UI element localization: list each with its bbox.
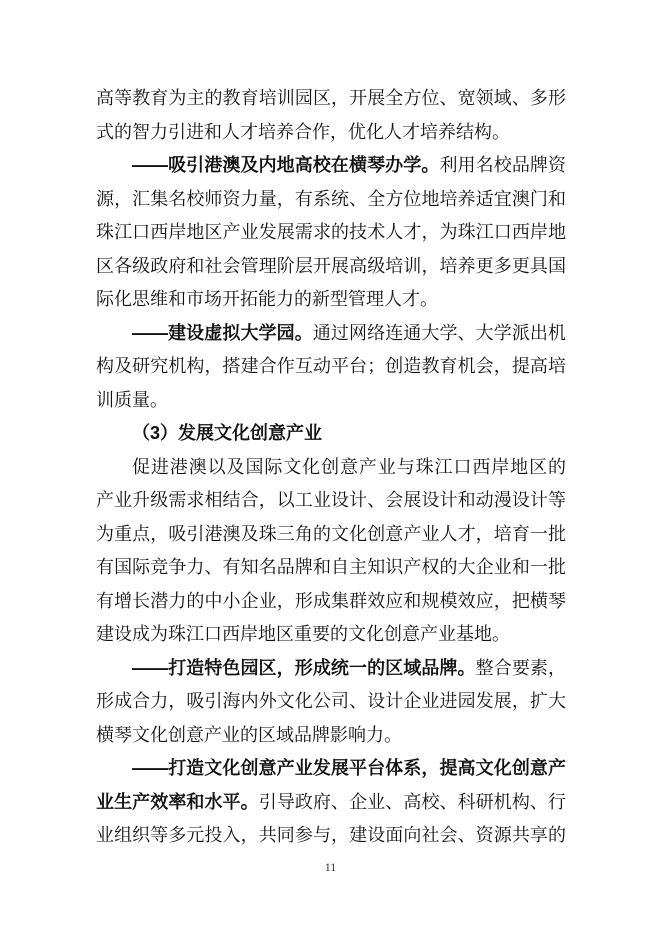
document-page: 高等教育为主的教育培训园区，开展全方位、宽领域、多形式的智力引进和人才培养合作，… [0, 0, 661, 935]
text-line: 有增长潜力的中小企业，形成集群效应和规模效应，把横琴 [96, 585, 566, 619]
page-number: 11 [0, 860, 661, 875]
bold-text-segment: ——打造特色园区，形成统一的区域品牌。 [132, 658, 476, 678]
section-heading: （3）发展文化创意产业 [96, 417, 566, 451]
bold-text-segment: ——建设虚拟大学园。 [132, 323, 313, 343]
text-line: ——吸引港澳及内地高校在横琴办学。利用名校品牌资 [96, 149, 566, 183]
text-segment: 业组织等多元投入，共同参与，建设面向社会、资源共享的 [96, 825, 566, 845]
text-line: 式的智力引进和人才培养合作，优化人才培养结构。 [96, 116, 566, 150]
text-segment: 促进港澳以及国际文化创意产业与珠江口西岸地区的 [132, 457, 566, 477]
text-line: 业组织等多元投入，共同参与，建设面向社会、资源共享的 [96, 819, 566, 853]
text-line: 建设成为珠江口西岸地区重要的文化创意产业基地。 [96, 618, 566, 652]
text-line: 训质量。 [96, 384, 566, 418]
text-segment: 形成合力，吸引海内外文化公司、设计企业进园发展，扩大 [96, 691, 566, 711]
text-segment: 为重点，吸引港澳及珠三角的文化创意产业人才，培育一批 [96, 524, 566, 544]
text-segment: 训质量。 [96, 390, 168, 410]
text-line: 为重点，吸引港澳及珠三角的文化创意产业人才，培育一批 [96, 518, 566, 552]
text-line: 构及研究机构，搭建合作互动平台；创造教育机会，提高培 [96, 350, 566, 384]
text-segment: 有增长潜力的中小企业，形成集群效应和规模效应，把横琴 [96, 591, 566, 611]
text-line: 区各级政府和社会管理阶层开展高级培训，培养更多更具国 [96, 250, 566, 284]
text-line: 高等教育为主的教育培训园区，开展全方位、宽领域、多形 [96, 82, 566, 116]
text-line: 横琴文化创意产业的区域品牌影响力。 [96, 719, 566, 753]
text-segment: 珠江口西岸地区产业发展需求的技术人才，为珠江口西岸地 [96, 222, 566, 242]
bold-text-segment: ——打造文化创意产业发展平台体系，提高文化创意产 [132, 758, 566, 778]
text-segment: 建设成为珠江口西岸地区重要的文化创意产业基地。 [96, 624, 510, 644]
text-segment: 横琴文化创意产业的区域品牌影响力。 [96, 725, 402, 745]
text-segment: 产业升级需求相结合，以工业设计、会展设计和动漫设计等 [96, 490, 566, 510]
text-segment: 构及研究机构，搭建合作互动平台；创造教育机会，提高培 [96, 356, 566, 376]
text-segment: 有国际竞争力、有知名品牌和自主知识产权的大企业和一批 [96, 557, 566, 577]
bold-text-segment: （3）发展文化创意产业 [132, 423, 322, 443]
text-segment: 引导政府、企业、高校、科研机构、行 [259, 792, 566, 812]
text-line: 形成合力，吸引海内外文化公司、设计企业进园发展，扩大 [96, 685, 566, 719]
text-line: 源，汇集名校师资力量，有系统、全方位地培养适宜澳门和 [96, 183, 566, 217]
text-segment: 高等教育为主的教育培训园区，开展全方位、宽领域、多形 [96, 88, 566, 108]
text-line: ——打造文化创意产业发展平台体系，提高文化创意产 [96, 752, 566, 786]
text-line: 产业升级需求相结合，以工业设计、会展设计和动漫设计等 [96, 484, 566, 518]
bold-text-segment: 业生产效率和水平。 [96, 792, 259, 812]
text-segment: 利用名校品牌资 [439, 155, 566, 175]
text-line: ——建设虚拟大学园。通过网络连通大学、大学派出机 [96, 317, 566, 351]
bold-text-segment: ——吸引港澳及内地高校在横琴办学。 [132, 155, 439, 175]
text-line: 有国际竞争力、有知名品牌和自主知识产权的大企业和一批 [96, 551, 566, 585]
text-line: 促进港澳以及国际文化创意产业与珠江口西岸地区的 [96, 451, 566, 485]
text-segment: 式的智力引进和人才培养合作，优化人才培养结构。 [96, 122, 510, 142]
text-segment: 通过网络连通大学、大学派出机 [313, 323, 566, 343]
text-segment: 区各级政府和社会管理阶层开展高级培训，培养更多更具国 [96, 256, 566, 276]
document-body: 高等教育为主的教育培训园区，开展全方位、宽领域、多形式的智力引进和人才培养合作，… [96, 82, 566, 853]
text-segment: 源，汇集名校师资力量，有系统、全方位地培养适宜澳门和 [96, 189, 566, 209]
text-line: 珠江口西岸地区产业发展需求的技术人才，为珠江口西岸地 [96, 216, 566, 250]
text-line: 业生产效率和水平。引导政府、企业、高校、科研机构、行 [96, 786, 566, 820]
text-segment: 整合要素， [476, 658, 566, 678]
text-segment: 际化思维和市场开拓能力的新型管理人才。 [96, 289, 438, 309]
text-line: ——打造特色园区，形成统一的区域品牌。整合要素， [96, 652, 566, 686]
text-line: 际化思维和市场开拓能力的新型管理人才。 [96, 283, 566, 317]
